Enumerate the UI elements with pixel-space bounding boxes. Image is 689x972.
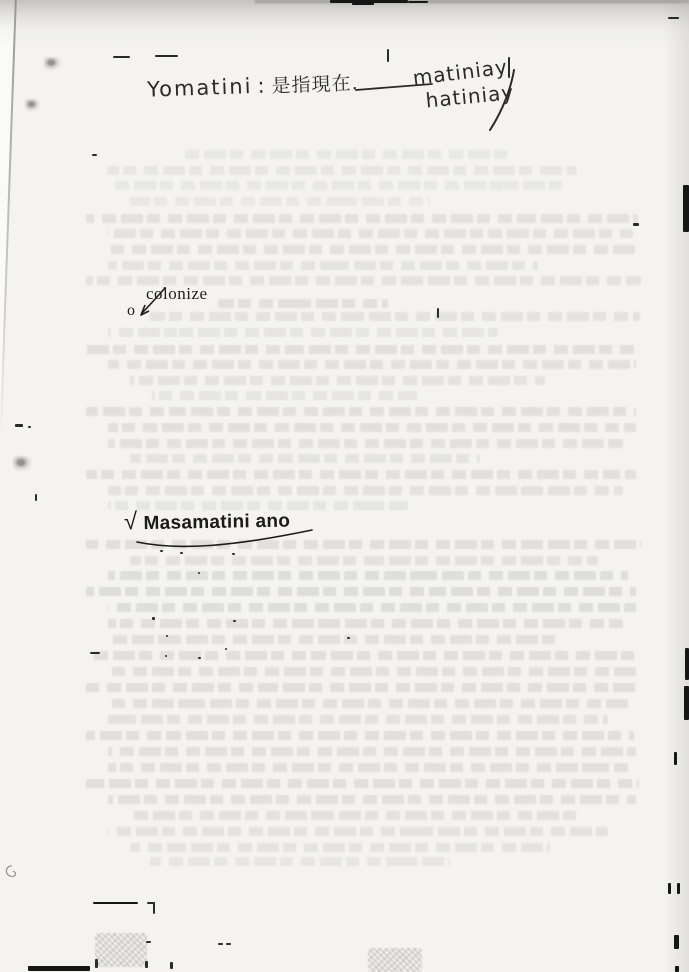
- paper-crumple-mark: [25, 99, 41, 112]
- scan-speck-mark: [90, 652, 100, 654]
- masamatini-text: Masamatini ano: [143, 511, 290, 535]
- scan-speck-mark: [198, 657, 201, 659]
- scan-bar-mark: [93, 902, 138, 904]
- checkmark-icon: √: [124, 508, 138, 535]
- scan-bar-mark: [674, 935, 679, 949]
- scan-speck-mark: [198, 572, 200, 574]
- cjk-gloss: 是指現在.: [271, 72, 359, 97]
- scan-speck-mark: [668, 17, 679, 19]
- scanned-document-page: Yomatini:是指現在. matiniay hatiniay coloniz…: [0, 0, 689, 972]
- scan-speck-mark: [35, 494, 37, 501]
- scan-speck-mark: [165, 655, 167, 657]
- scan-speck-mark: [347, 637, 350, 639]
- inserted-letter-o: o: [127, 302, 135, 320]
- scan-speck-mark: [15, 424, 23, 427]
- scan-speck-mark: [113, 56, 130, 58]
- scan-bar-mark: [674, 752, 677, 765]
- scan-speck-mark: [387, 49, 389, 62]
- scan-speck-mark: [155, 55, 178, 57]
- scan-bar-mark: [28, 966, 90, 971]
- scan-artifacts-layer: [0, 0, 689, 972]
- scan-speck-mark: [233, 620, 236, 622]
- scan-speck-mark: [28, 426, 31, 428]
- scan-bar-mark: [352, 0, 374, 5]
- scan-speck-mark: [170, 962, 173, 969]
- scan-speck-mark: [166, 635, 168, 637]
- scan-speck-mark: [92, 154, 97, 156]
- scan-speck-mark: [437, 308, 439, 318]
- scan-bar-mark: [684, 686, 689, 720]
- scan-speck-mark: [225, 648, 227, 650]
- colon-separator: :: [257, 74, 267, 98]
- scan-bar-mark: [408, 1, 428, 3]
- scan-smudge-mark: [95, 933, 147, 967]
- scan-speck-mark: [218, 943, 223, 945]
- scan-speck-mark: [180, 552, 183, 554]
- yomatini-word: Yomatini: [147, 74, 253, 102]
- paper-crumple-mark: [13, 456, 33, 472]
- scan-speck-mark: [152, 617, 155, 620]
- scan-bar-mark: [683, 185, 689, 232]
- handwritten-note-masamatini: √Masamatini ano: [124, 506, 291, 537]
- paper-crumple-mark: [44, 57, 62, 71]
- scan-speck-mark: [153, 902, 155, 914]
- scan-bar-mark: [677, 883, 680, 894]
- colonize-word: colonize: [146, 284, 208, 304]
- scan-speck-mark: [633, 223, 639, 226]
- scan-speck-mark: [232, 553, 235, 555]
- scan-bar-mark: [675, 966, 679, 972]
- scan-bar-mark: [668, 883, 671, 894]
- scan-speck-mark: [226, 943, 231, 945]
- scan-speck-mark: [160, 550, 163, 552]
- scan-smudge-mark: [368, 948, 422, 972]
- scan-bar-mark: [685, 648, 689, 680]
